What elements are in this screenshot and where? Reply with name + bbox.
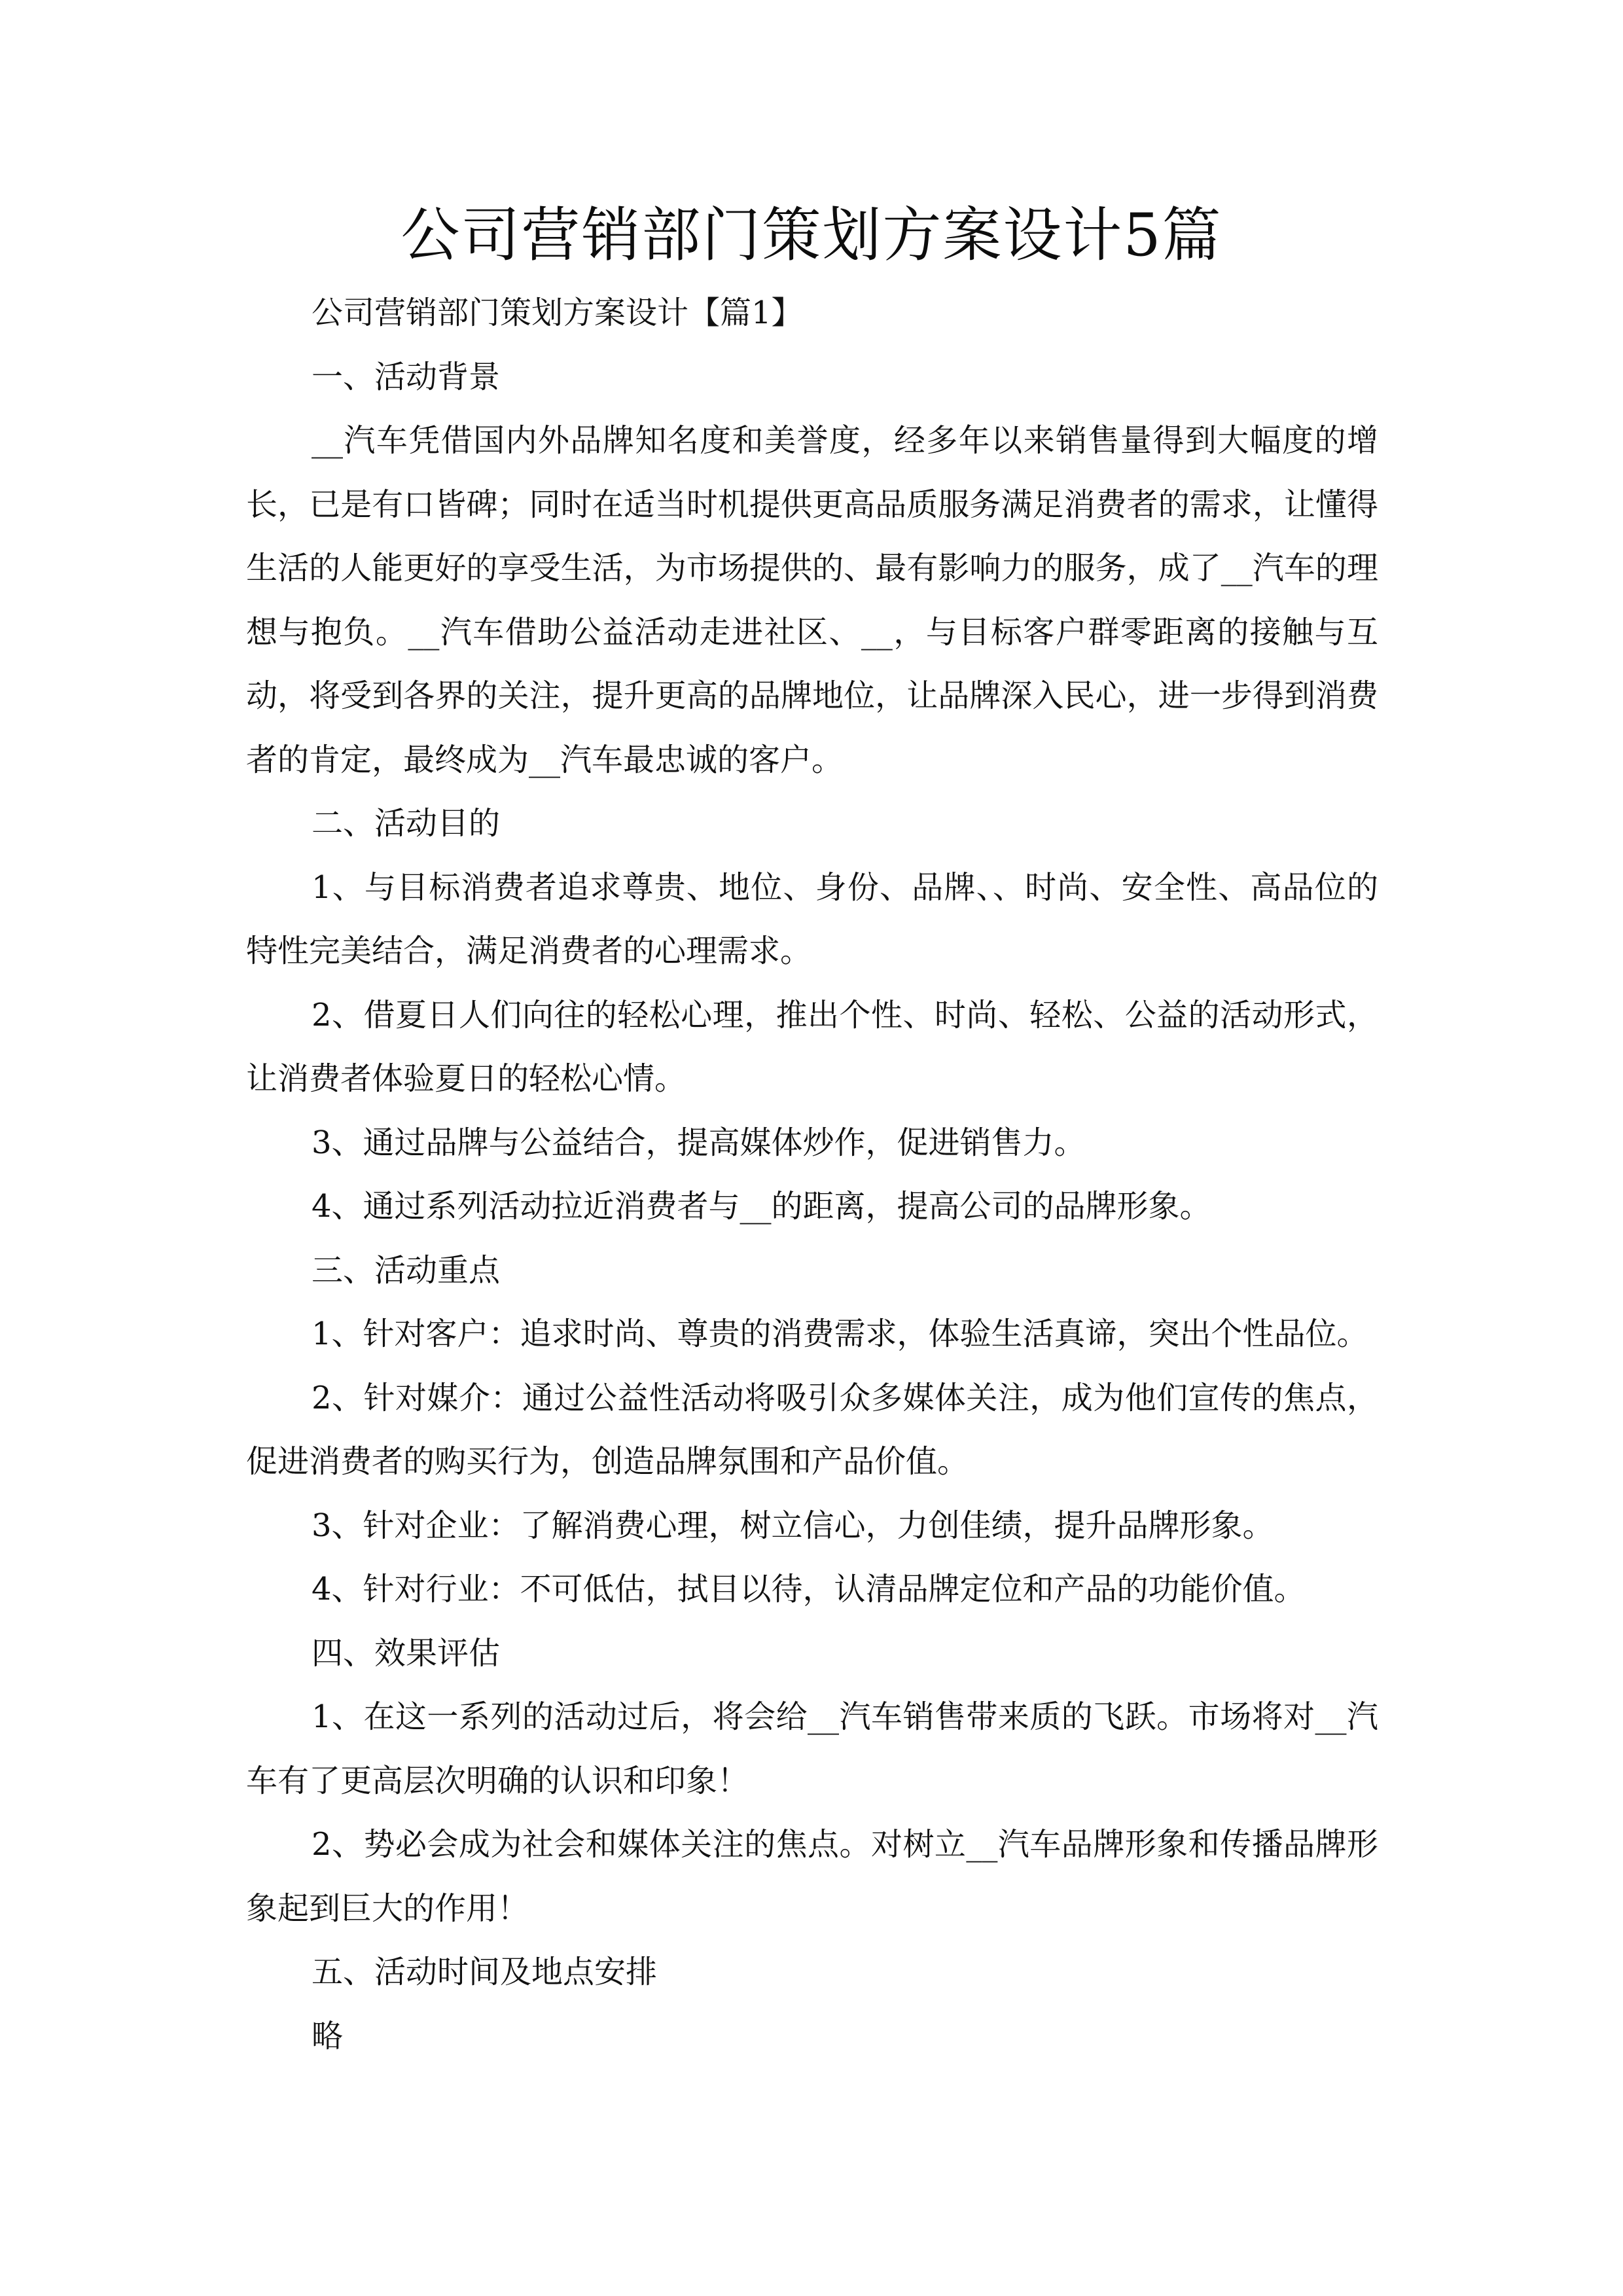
paragraph-focus-3: 3、针对企业：了解消费心理，树立信心，力创佳绩，提升品牌形象。 [246, 1494, 1378, 1558]
heading-schedule: 五、活动时间及地点安排 [246, 1941, 1378, 2005]
paragraph-purpose-1: 1、与目标消费者追求尊贵、地位、身份、品牌、、时尚、安全性、高品位的特性完美结合… [246, 856, 1378, 984]
paragraph-focus-1: 1、针对客户：追求时尚、尊贵的消费需求，体验生活真谛，突出个性品位。 [246, 1302, 1378, 1367]
section-subtitle: 公司营销部门策划方案设计【篇1】 [246, 281, 1378, 346]
document-body: 公司营销部门策划方案设计【篇1】 一、活动背景 __汽车凭借国内外品牌知名度和美… [246, 281, 1378, 2068]
paragraph-purpose-4: 4、通过系列活动拉近消费者与__的距离，提高公司的品牌形象。 [246, 1175, 1378, 1239]
heading-focus: 三、活动重点 [246, 1239, 1378, 1303]
document-title: 公司营销部门策划方案设计5篇 [0, 196, 1623, 275]
paragraph-focus-2: 2、针对媒介：通过公益性活动将吸引众多媒体关注，成为他们宣传的焦点，促进消费者的… [246, 1367, 1378, 1494]
heading-purpose: 二、活动目的 [246, 792, 1378, 856]
paragraph-evaluation-2: 2、势必会成为社会和媒体关注的焦点。对树立__汽车品牌形象和传播品牌形象起到巨大… [246, 1813, 1378, 1941]
paragraph-evaluation-1: 1、在这一系列的活动过后，将会给__汽车销售带来质的飞跃。市场将对__汽车有了更… [246, 1685, 1378, 1813]
paragraph-purpose-2: 2、借夏日人们向往的轻松心理，推出个性、时尚、轻松、公益的活动形式，让消费者体验… [246, 984, 1378, 1111]
heading-evaluation: 四、效果评估 [246, 1622, 1378, 1686]
document-page: 公司营销部门策划方案设计5篇 公司营销部门策划方案设计【篇1】 一、活动背景 _… [0, 0, 1623, 2296]
paragraph-schedule: 略 [246, 2005, 1378, 2069]
paragraph-purpose-3: 3、通过品牌与公益结合，提高媒体炒作，促进销售力。 [246, 1111, 1378, 1175]
heading-background: 一、活动背景 [246, 346, 1378, 410]
paragraph-background: __汽车凭借国内外品牌知名度和美誉度，经多年以来销售量得到大幅度的增长，已是有口… [246, 409, 1378, 792]
paragraph-focus-4: 4、针对行业：不可低估，拭目以待，认清品牌定位和产品的功能价值。 [246, 1558, 1378, 1622]
